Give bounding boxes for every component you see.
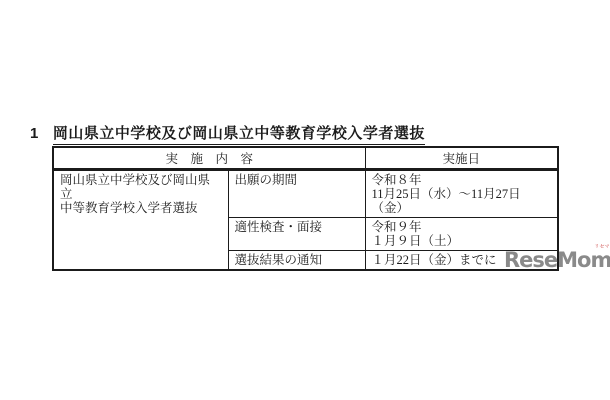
resemom-logo: ReseMom. リセマム xyxy=(504,249,610,271)
page-title: 岡山県立中学校及び岡山県立中等教育学校入学者選抜 xyxy=(53,125,425,145)
table-row: 岡山県立中学校及び岡山県立 中等教育学校入学者選抜 出願の期間 令和８年 11月… xyxy=(53,170,558,218)
section-number: 1 xyxy=(30,125,39,143)
table-header-row: 実 施 内 容 実施日 xyxy=(53,147,558,170)
section-heading: 1 岡山県立中学校及び岡山県立中等教育学校入学者選抜 xyxy=(30,125,425,145)
document-page: 1 岡山県立中学校及び岡山県立中等教育学校入学者選抜 実 施 内 容 実施日 岡… xyxy=(0,0,610,400)
resemom-logo-ruby: リセマム xyxy=(594,245,610,250)
item-cell-result-notice: 選抜結果の通知 xyxy=(228,251,365,271)
resemom-logo-text: ReseMom. xyxy=(504,248,610,272)
selection-group-cell: 岡山県立中学校及び岡山県立 中等教育学校入学者選抜 xyxy=(53,170,228,271)
item-cell-application-period: 出願の期間 xyxy=(228,170,365,218)
header-date-column: 実施日 xyxy=(365,147,558,170)
header-content-column: 実 施 内 容 xyxy=(53,147,365,170)
date-cell-application-period: 令和８年 11月25日（水）～11月27日（金） xyxy=(365,170,558,218)
selection-schedule-table: 実 施 内 容 実施日 岡山県立中学校及び岡山県立 中等教育学校入学者選抜 出願… xyxy=(52,146,559,271)
item-cell-aptitude-test: 適性検査・面接 xyxy=(228,218,365,251)
date-cell-aptitude-test: 令和９年 １月９日（土） xyxy=(365,218,558,251)
